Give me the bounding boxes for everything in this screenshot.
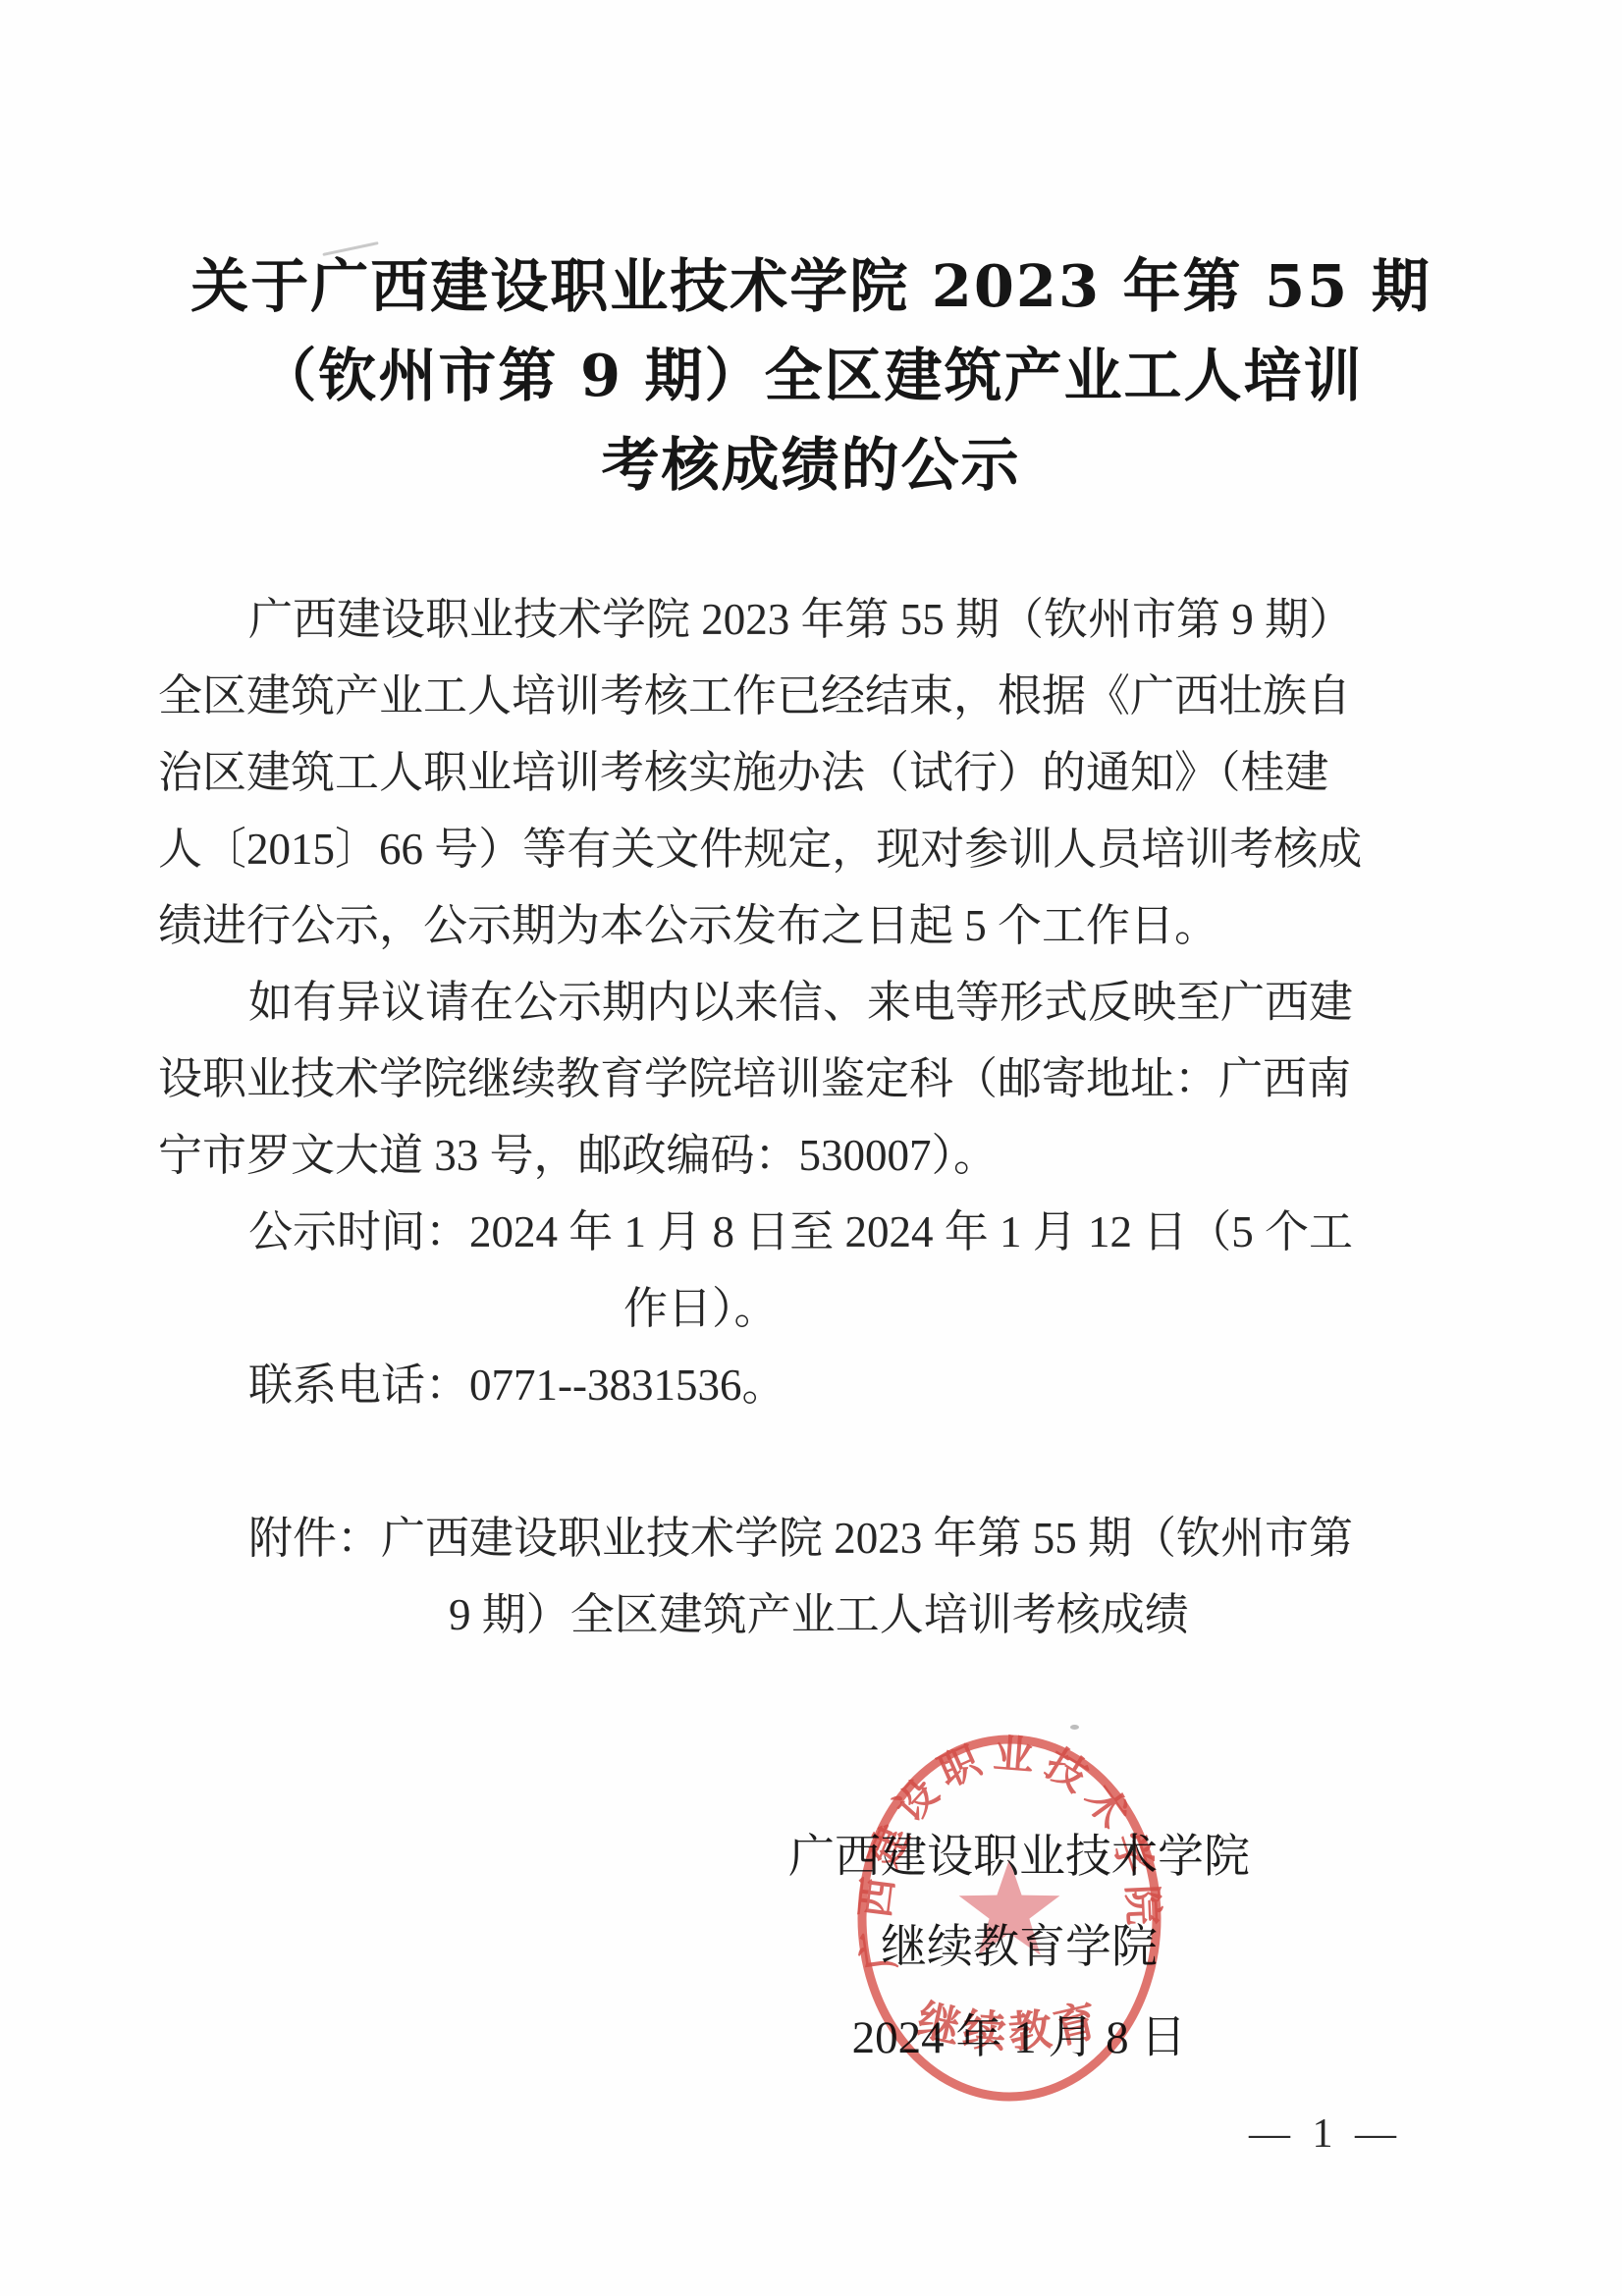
- signature-org: 广西建设职业技术学院: [754, 1812, 1284, 1902]
- signature-block: 广西建设职业技术学院 继续教育学院 2024 年 1 月 8 日: [754, 1812, 1284, 2083]
- paragraph-1-line: 绩进行公示，公示期为本公示发布之日起 5 个工作日。: [158, 887, 1469, 964]
- attachment-line: 附件：广西建设职业技术学院 2023 年第 55 期（钦州市第: [158, 1500, 1469, 1576]
- document-page: 关于广西建设职业技术学院 2023 年第 55 期 （钦州市第 9 期）全区建筑…: [0, 0, 1622, 2296]
- publicity-period-line: 作日）。: [158, 1270, 1469, 1347]
- paragraph-1-line: 人〔2015〕66 号）等有关文件规定，现对参训人员培训考核成: [158, 811, 1469, 887]
- spacer: [158, 1423, 1469, 1500]
- contact-phone-line: 联系电话：0771--3831536。: [158, 1347, 1469, 1423]
- title-line-2: （钦州市第 9 期）全区建筑产业工人培训: [0, 331, 1622, 420]
- title-line-3: 考核成绩的公示: [0, 420, 1622, 509]
- paragraph-2-line: 如有异议请在公示期内以来信、来电等形式反映至广西建: [158, 964, 1469, 1041]
- publicity-period-line: 公示时间：2024 年 1 月 8 日至 2024 年 1 月 12 日（5 个…: [158, 1194, 1469, 1270]
- title-line-1: 关于广西建设职业技术学院 2023 年第 55 期: [0, 241, 1622, 331]
- paragraph-2-line: 设职业技术学院继续教育学院培训鉴定科（邮寄地址：广西南: [158, 1041, 1469, 1117]
- signature-dept: 继续教育学院: [754, 1902, 1284, 1993]
- document-body: 广西建设职业技术学院 2023 年第 55 期（钦州市第 9 期） 全区建筑产业…: [158, 581, 1469, 1653]
- paragraph-2-line: 宁市罗文大道 33 号，邮政编码：530007）。: [158, 1117, 1469, 1194]
- attachment-line: 9 期）全区建筑产业工人培训考核成绩: [158, 1576, 1469, 1653]
- signature-date: 2024 年 1 月 8 日: [754, 1993, 1284, 2083]
- page-number: — 1 —: [1249, 2110, 1402, 2158]
- paragraph-1-line: 治区建筑工人职业培训考核实施办法（试行）的通知》（桂建: [158, 734, 1469, 811]
- scan-smudge: [1070, 1725, 1079, 1730]
- page-title: 关于广西建设职业技术学院 2023 年第 55 期 （钦州市第 9 期）全区建筑…: [0, 241, 1622, 509]
- paragraph-1-line: 全区建筑产业工人培训考核工作已经结束，根据《广西壮族自: [158, 658, 1469, 734]
- paragraph-1-line: 广西建设职业技术学院 2023 年第 55 期（钦州市第 9 期）: [158, 581, 1469, 658]
